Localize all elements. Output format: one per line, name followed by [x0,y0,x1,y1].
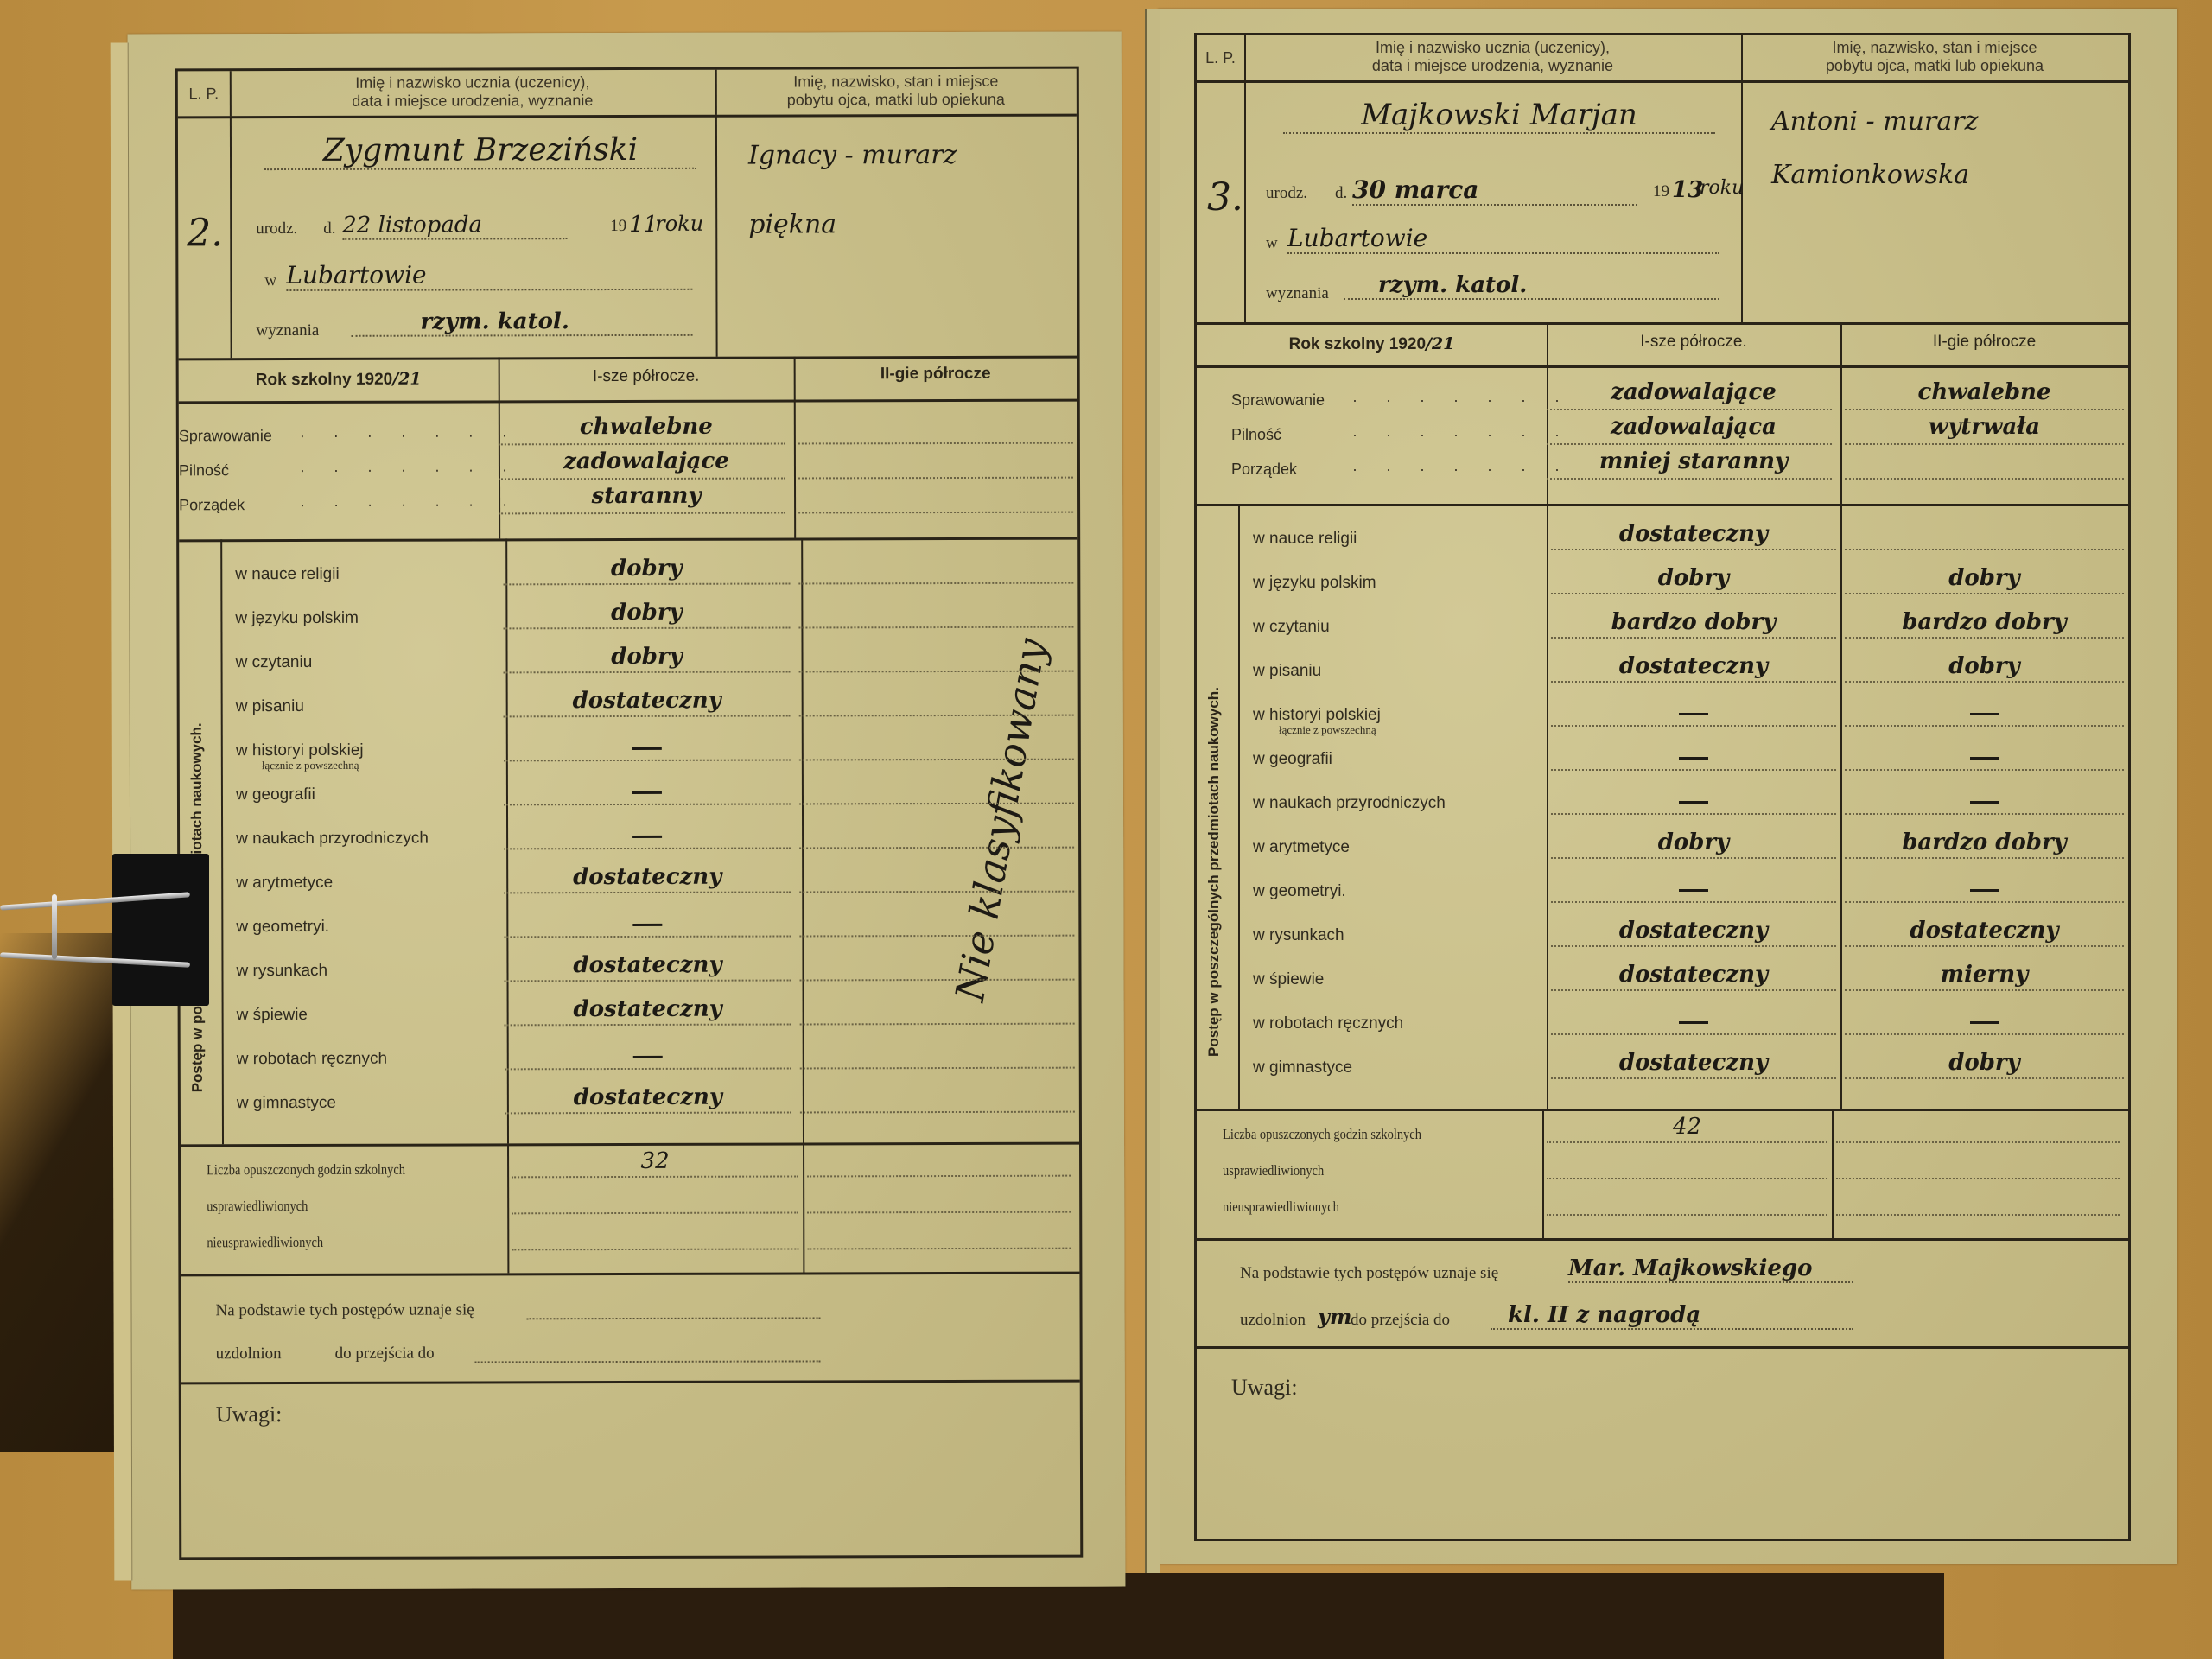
dotted-line [499,478,785,480]
dotted-line [504,715,791,718]
conduct-label: Pilność [179,461,229,480]
subject-grade-s1: dostateczny [1547,918,1840,944]
dotted-line [799,935,1074,938]
subject-label: w rysunkach [236,962,327,981]
promotion-section: Na podstawie tych postępów uznaje się Ma… [1197,1238,2128,1349]
grade-dash [1970,801,1999,804]
dotted-line [1551,637,1836,639]
dotted-line [1547,1178,1827,1179]
subject-sublabel: łącznie z powszechną [1279,723,1376,737]
subject-label: w języku polskim [235,609,359,628]
dotted-line [1845,1077,2124,1079]
semester2-header: II-gie półrocze [794,365,1077,385]
dotted-line [1845,989,2124,991]
absence-label: nieusprawiedliwionych [1223,1198,1339,1216]
subject-label: w czytaniu [236,653,313,672]
dotted-line [512,1175,798,1178]
subject-label: w nauce religii [235,565,339,584]
conduct-grade-s1: staranny [499,482,794,509]
conduct-grade-s1: zadowalająca [1547,414,1840,440]
absence-label: usprawiedliwionych [207,1198,308,1215]
dotted-line [1547,1214,1827,1216]
promotion-name: Mar. Majkowskiego [1568,1255,1853,1283]
day-label: d. [323,219,335,238]
qualified-label: uzdolnion [216,1344,282,1363]
religion: rzym. katol. [1344,272,1719,300]
dotted-line [1551,857,1836,859]
dotted-line [1836,1178,2120,1179]
subject-label: w robotach ręcznych [237,1050,387,1069]
subject-grade-s1: dostateczny [500,995,796,1022]
grade-dash [1970,713,1999,715]
remarks-label: Uwagi: [216,1402,283,1427]
birth-day: 22 listopada [342,212,567,240]
subject-label: w naukach przyrodniczych [1253,794,1446,813]
dotted-line [504,892,791,894]
dotted-line [1551,769,1836,771]
student-name: Zygmunt Brzeziński [264,132,696,170]
grade-dash [632,924,662,926]
dotted-line [800,1023,1075,1026]
year-prefix: 19 [610,217,626,236]
subject-label: w historyi polskiej [236,741,364,760]
dotted-line [1547,409,1832,410]
conduct-label: Pilność [1231,426,1281,444]
student-row: 3. Majkowski Marjan urodz. d. 30 marca 1… [1197,80,2128,325]
dotted-line [807,1211,1071,1214]
dotted-line [800,1067,1075,1070]
dotted-line [1547,478,1832,480]
grade-dash [1679,889,1708,892]
year-suffix: roku [655,212,703,236]
dotted-line [807,1248,1071,1250]
dotted-line [1551,1077,1836,1079]
subject-grade-s1: dobry [1547,565,1840,591]
parent-header: Imię, nazwisko, stan i miejscepobytu ojc… [715,73,1077,110]
dotted-line [1551,901,1836,903]
semester1-header: I-sze półrocze. [1547,333,1840,352]
absence-label: usprawiedliwionych [1223,1162,1324,1179]
subject-label: w pisaniu [236,697,304,716]
promotion-label: Na podstawie tych postępów uznaje się [1240,1264,1498,1283]
dotted-line [1547,443,1832,445]
dotted-line [504,936,791,938]
dotted-line [799,847,1074,849]
dotted-line [799,891,1074,893]
year-suffix: roku [1700,177,1744,199]
subject-sublabel: łącznie z powszechną [262,759,359,772]
subject-label: w gimnastyce [237,1094,336,1113]
conduct-grade-s2: chwalebne [1840,379,2128,405]
subject-grade-s1: dostateczny [1547,653,1840,679]
subject-grade-s1: dostateczny [1547,521,1840,547]
remarks-label: Uwagi: [1231,1375,1298,1401]
dotted-line [1845,1033,2124,1035]
subject-label: w języku polskim [1253,574,1376,593]
student-row: 2. Zygmunt Brzeziński urodz. d. 22 listo… [178,114,1077,361]
dot-leader: · · · · · · · [1352,426,1572,444]
dotted-line [800,1111,1075,1114]
transfer-label: do przejścia do [1351,1311,1450,1330]
dotted-line [1845,813,2124,815]
grade-dash [1970,1021,1999,1024]
dotted-line [1551,813,1836,815]
grade-dash [632,791,662,794]
conduct-section: Sprawowanie· · · · · · ·zadowalającechwa… [1197,365,2128,506]
grade-dash [632,747,662,750]
born-label: urodz. [256,219,297,238]
absences-s1: 42 [1542,1114,1832,1140]
subject-label: w geografii [1253,750,1332,769]
lp-number: 2. [187,211,223,255]
subject-grade-s2: dostateczny [1840,918,2128,944]
absence-label: nieusprawiedliwionych [207,1234,323,1251]
progress-vertical-title: Postęp w poszczególnych przedmiotach nau… [1205,687,1223,1057]
promotion-label: Na podstawie tych postępów uznaje się [215,1300,474,1320]
absence-label: Liczba opuszczonych godzin szkolnych [207,1161,405,1179]
subject-grade-s1: bardzo dobry [1547,609,1840,635]
subject-grade-s2: dobry [1840,653,2128,679]
not-classified-note: Nie klasyfikowany [941,603,1061,1037]
dotted-line [1845,637,2124,639]
birth-year: 11 [629,212,658,238]
conduct-section: Sprawowanie· · · · · · ·chwalebnePilność… [179,399,1077,543]
subject-grade-s2: bardzo dobry [1840,829,2128,855]
conduct-label: Porządek [1231,461,1297,479]
dotted-line [505,980,791,982]
dotted-line [505,1068,791,1071]
subject-grade-s1: dostateczny [1547,962,1840,988]
dotted-line [503,627,790,630]
religion-label: wyznania [257,321,320,340]
birth-place: Lubartowie [286,260,692,291]
subjects-section: Postęp w poszczególnych przedmiotach nau… [179,537,1079,1147]
parent-line2: Kamionkowska [1771,160,1969,190]
subject-label: w geometryi. [236,918,329,937]
dot-leader: · · · · · · · [300,461,519,480]
dotted-line [1836,1141,2120,1143]
conduct-label: Porządek [179,496,245,514]
dotted-line [1836,1214,2120,1216]
conduct-label: Sprawowanie [179,427,272,445]
grade-dash [1970,757,1999,760]
grade-dash [1679,757,1708,760]
semester1-header: I-sze półrocze. [499,366,794,386]
semester-header-row: Rok szkolny 1920/21 I-sze półrocze. II-g… [1197,322,2128,368]
parent-header: Imię, nazwisko, stan i miejscepobytu ojc… [1741,39,2128,75]
promotion-suffix: ym [1318,1304,1351,1329]
conduct-label: Sprawowanie [1231,391,1325,410]
dotted-line [1845,478,2124,480]
subject-grade-s1: dobry [499,599,794,626]
dotted-line [798,512,1073,514]
dot-leader: · · · · · · · [1352,461,1572,479]
right-page: L. P. Imię i nazwisko ucznia (uczenicy),… [1158,9,2177,1564]
subject-grade-s2: dobry [1840,565,2128,591]
year-prefix: 19 [1653,182,1669,201]
subject-grade-s1: dostateczny [1547,1050,1840,1076]
birth-day: 30 marca [1352,175,1637,206]
parent-line1: Ignacy - murarz [748,140,957,171]
subject-grade-s2: dobry [1840,1050,2128,1076]
subject-label: w arytmetyce [236,874,333,893]
dotted-line [503,583,790,586]
subject-grade-s1: dostateczny [500,1084,796,1110]
subject-label: w robotach ręcznych [1253,1014,1403,1033]
dotted-line [800,979,1075,982]
absences-s1: 32 [507,1147,803,1174]
born-label: urodz. [1266,184,1307,203]
subjects-section: Postęp w poszczególnych przedmiotach nau… [1197,504,2128,1111]
dotted-line [799,803,1074,805]
subject-grade-s1: dostateczny [499,863,795,890]
dotted-line [1551,989,1836,991]
dot-leader: · · · · · · · [300,426,519,445]
dotted-line [1845,443,2124,445]
semester-header-row: Rok szkolny 1920/21 I-sze półrocze. II-g… [179,356,1077,404]
dot-leader: · · · · · · · [300,495,519,514]
subject-grade-s1: dostateczny [499,687,795,714]
subject-label: w geografii [236,785,315,804]
lp-header: L. P. [1197,49,1244,67]
subject-grade-s2: bardzo dobry [1840,609,2128,635]
subject-grade-s2: mierny [1840,962,2128,988]
subject-label: w arytmetyce [1253,838,1350,857]
subject-grade-s1: dobry [499,643,794,670]
right-form: L. P. Imię i nazwisko ucznia (uczenicy),… [1194,33,2131,1541]
binder-clip [112,854,209,1006]
subject-grade-s1: dostateczny [499,951,795,978]
dotted-line [1551,725,1836,727]
subject-label: w gimnastyce [1253,1058,1352,1077]
student-header: Imię i nazwisko ucznia (uczenicy),data i… [1244,39,1741,75]
parent-line1: Antoni - murarz [1771,106,1978,137]
subject-label: w nauce religii [1253,530,1357,549]
subject-label: w rysunkach [1253,926,1344,945]
dotted-line [499,512,785,515]
subject-label: w naukach przyrodniczych [236,829,429,849]
semester2-header: II-gie półrocze [1840,333,2128,352]
dotted-line [504,671,791,674]
dotted-line [807,1175,1071,1178]
student-name: Majkowski Marjan [1283,98,1715,134]
absences-section: Liczba opuszczonych godzin szkolnychuspr… [1197,1109,2128,1241]
header-row: L. P. Imię i nazwisko ucznia (uczenicy),… [1197,35,2128,83]
dotted-line [1551,1033,1836,1035]
school-year: Rok szkolny 1920/21 [1197,334,1547,354]
religion-label: wyznania [1266,284,1329,303]
absences-section: Liczba opuszczonych godzin szkolnychuspr… [181,1142,1079,1277]
dotted-line [1845,549,2124,550]
dotted-line [504,804,791,806]
birth-place: Lubartowie [1287,224,1719,254]
absence-label: Liczba opuszczonych godzin szkolnych [1223,1126,1421,1143]
dotted-line [1845,593,2124,594]
birth-year: 13 [1672,177,1703,203]
promotion-section: Na podstawie tych postępów uznaje się uz… [181,1272,1079,1385]
subject-label: w historyi polskiej [1253,706,1381,725]
left-page: L. P. Imię i nazwisko ucznia (uczenicy),… [128,31,1126,1589]
dotted-line [1845,945,2124,947]
religion: rzym. katol. [351,308,692,337]
dotted-line [504,760,791,762]
dotted-line [1845,769,2124,771]
dotted-line [504,848,791,850]
lp-header: L. P. [178,85,230,103]
grade-dash [1970,889,1999,892]
grade-dash [1679,1021,1708,1024]
dotted-line [798,477,1073,480]
dotted-line [1845,681,2124,683]
subject-label: w czytaniu [1253,618,1330,637]
dotted-line [798,442,1073,445]
dotted-line [1547,1141,1827,1143]
subject-grade-s1: dobry [1547,829,1840,855]
dotted-line [512,1248,798,1250]
lp-number: 3. [1207,175,1243,219]
dotted-line [1551,945,1836,947]
subject-label: w śpiewie [237,1006,308,1025]
grade-dash [1679,801,1708,804]
dotted-line [1845,857,2124,859]
dotted-line [505,1112,791,1115]
subject-grade-s1: dobry [499,555,794,582]
dot-leader: · · · · · · · [1352,391,1572,410]
day-label: d. [1335,184,1347,203]
header-row: L. P. Imię i nazwisko ucznia (uczenicy),… [178,69,1077,119]
dotted-line [499,443,785,446]
left-form: L. P. Imię i nazwisko ucznia (uczenicy),… [175,67,1084,1560]
dotted-line [512,1211,798,1214]
dotted-line [1845,901,2124,903]
conduct-grade-s2: wytrwała [1840,414,2128,440]
dotted-line [1551,681,1836,683]
place-label: w [1266,234,1278,253]
conduct-grade-s1: chwalebne [499,413,794,440]
dotted-line [798,582,1073,585]
student-header: Imię i nazwisko ucznia (uczenicy),data i… [230,73,715,111]
dotted-line [505,1024,791,1027]
dotted-line [1845,725,2124,727]
transfer-label: do przejścia do [335,1344,435,1363]
dotted-line [1551,549,1836,550]
conduct-grade-s1: zadowalające [1547,379,1840,405]
promotion-target: kl. II z nagrodą [1491,1302,1853,1330]
grade-dash [632,836,662,838]
grade-dash [1679,713,1708,715]
subject-label: w pisaniu [1253,662,1321,681]
clip-loop [52,894,57,959]
dotted-line [1845,409,2124,410]
qualified-label: uzdolnion [1240,1311,1306,1330]
subject-label: w geometryi. [1253,882,1346,901]
dotted-line [1551,593,1836,594]
parent-line2: piękna [748,209,836,239]
conduct-grade-s1: mniej staranny [1547,448,1840,474]
place-label: w [264,271,276,290]
school-year: Rok szkolny 1920/21 [179,369,499,390]
subject-label: w śpiewie [1253,970,1324,989]
conduct-grade-s1: zadowalające [499,448,794,474]
grade-dash [633,1056,663,1058]
